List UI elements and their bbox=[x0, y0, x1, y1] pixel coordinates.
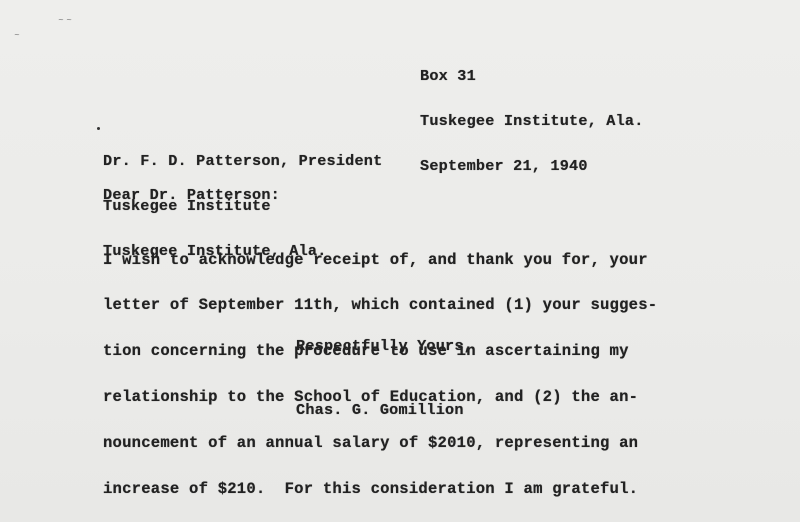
closing: Respectfully Yours, bbox=[296, 339, 473, 354]
sender-city: Tuskegee Institute, Ala. bbox=[420, 114, 644, 129]
margin-note: ~ ~ bbox=[58, 16, 72, 24]
body-line: letter of September 11th, which containe… bbox=[103, 298, 657, 313]
body-line: nouncement of an annual salary of $2010,… bbox=[103, 436, 657, 451]
body-line: increase of $210. For this consideration… bbox=[103, 482, 657, 497]
recipient-name: Dr. F. D. Patterson, President bbox=[103, 154, 382, 169]
body-line: I wish to acknowledge receipt of, and th… bbox=[103, 253, 657, 268]
signature: Chas. G. Gomillion bbox=[296, 403, 464, 418]
letter-date: September 21, 1940 bbox=[420, 159, 644, 174]
salutation: Dear Dr. Patterson: bbox=[103, 188, 280, 203]
margin-note: ~ bbox=[14, 31, 20, 39]
box-number: Box 31 bbox=[420, 69, 644, 84]
typing-mark bbox=[97, 127, 100, 130]
letter-page: ~ ~ ~ Box 31 Tuskegee Institute, Ala. Se… bbox=[0, 0, 800, 522]
sender-address-block: Box 31 Tuskegee Institute, Ala. Septembe… bbox=[420, 39, 644, 204]
letter-body: I wish to acknowledge receipt of, and th… bbox=[103, 222, 657, 522]
